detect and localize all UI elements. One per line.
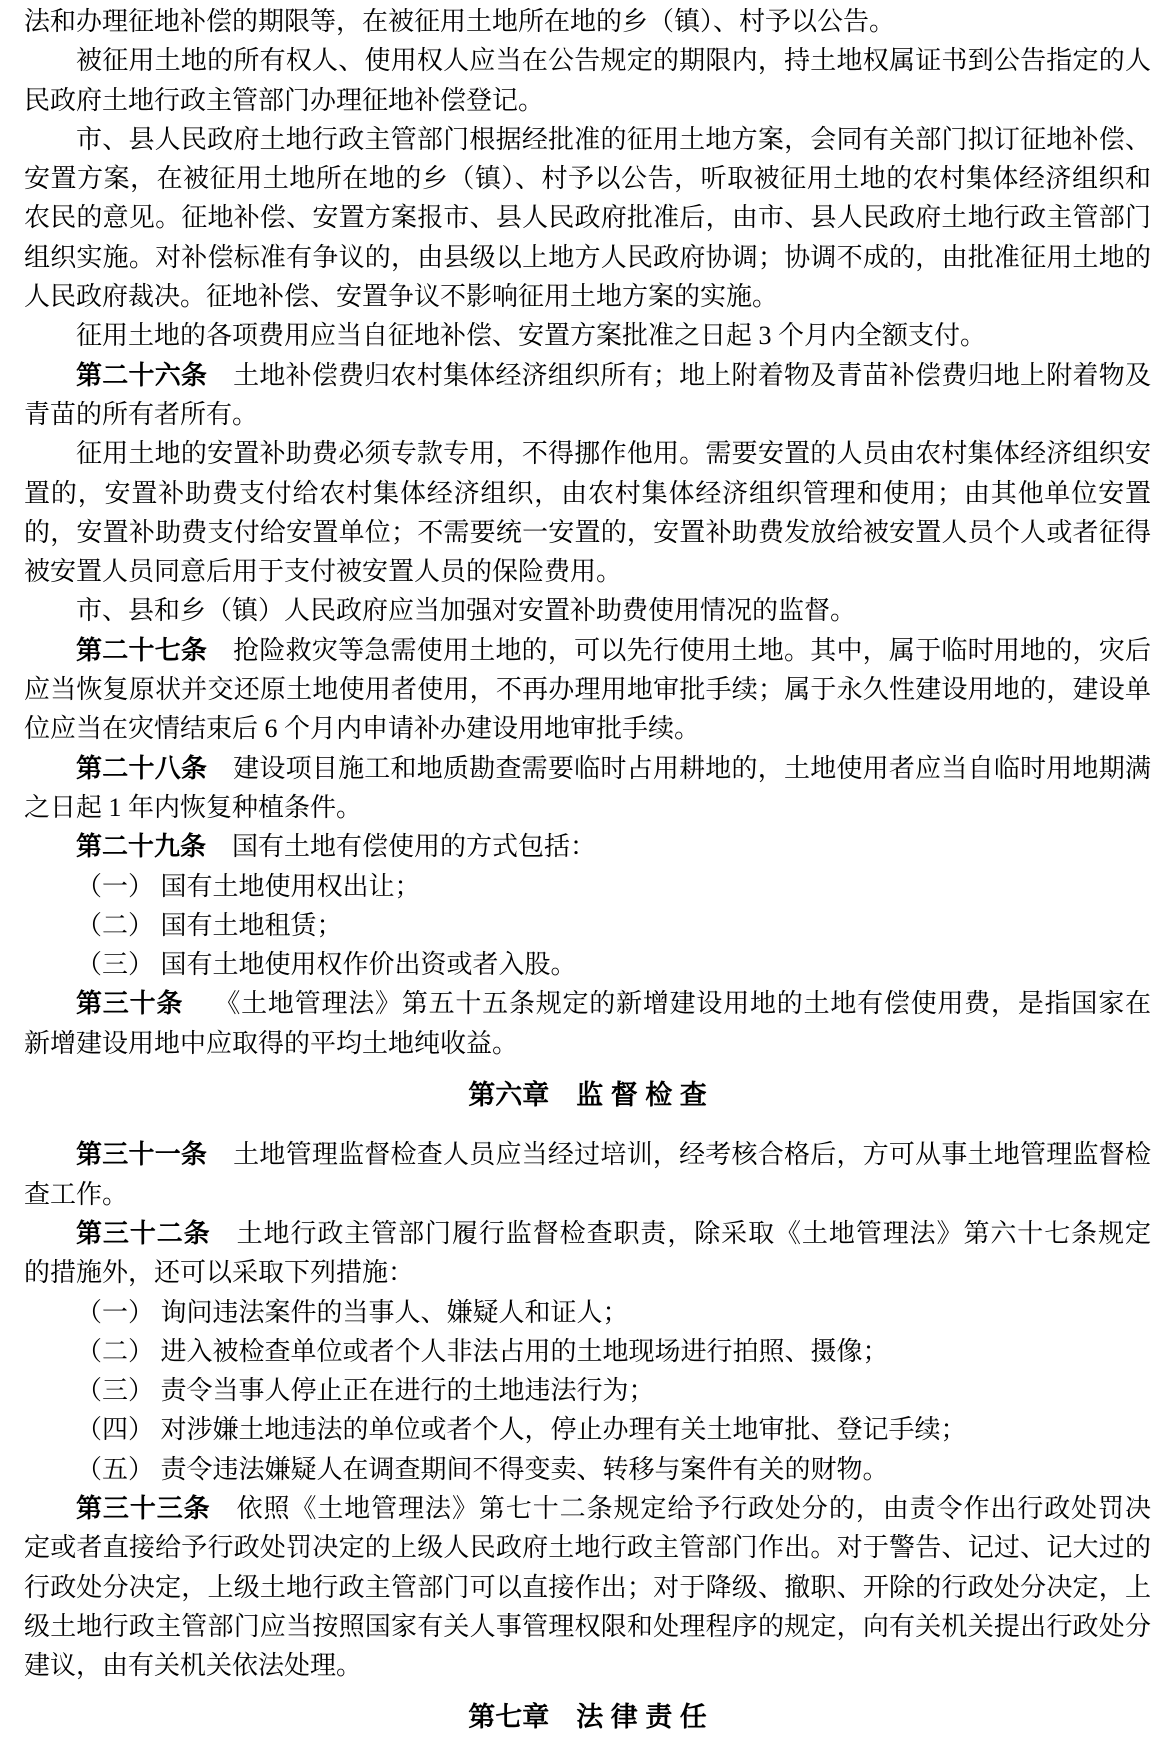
article-number: 第二十七条 [76, 635, 207, 665]
text-run: （一） [76, 872, 154, 901]
text-run: 土地行政主管部门履行监督检查职责，除采取《土地管理法》第六十七条规定 [237, 1219, 1151, 1248]
text-line: （二）进入被检查单位或者个人非法占用的土地现场进行拍照、摄像； [24, 1332, 1151, 1371]
text-line: 定或者直接给予行政处罚决定的上级人民政府土地行政主管部门作出。对于警告、记过、记… [24, 1528, 1151, 1567]
text-run: （三） [76, 1376, 154, 1405]
text-run: 责令当事人停止正在进行的土地违法行为； [161, 1376, 655, 1405]
text-line: 应当恢复原状并交还原土地使用者使用，不再办理用地审批手续；属于永久性建设用地的，… [24, 670, 1151, 709]
text-line: 安置方案，在被征用土地所在地的乡（镇）、村予以公告，听取被征用土地的农村集体经济… [24, 159, 1151, 198]
text-line: 第三十条《土地管理法》第五十五条规定的新增建设用地的土地有偿使用费，是指国家在 [24, 984, 1151, 1023]
text-run: 青苗的所有者所有。 [24, 400, 258, 429]
text-line: 被安置人员同意后用于支付被安置人员的保险费用。 [24, 552, 1151, 591]
text-line: 的措施外，还可以采取下列措施： [24, 1253, 1151, 1292]
text-run: 监 督 检 查 [576, 1080, 707, 1110]
article-number: 第三十二条 [76, 1218, 211, 1248]
text-run: 应当恢复原状并交还原土地使用者使用，不再办理用地审批手续；属于永久性建设用地的，… [24, 675, 1151, 704]
text-run: 的，安置补助费支付给安置单位；不需要统一安置的，安置补助费发放给被安置人员个人或… [24, 518, 1151, 547]
article-number: 第三十一条 [76, 1139, 207, 1169]
text-run: （二） [76, 911, 154, 940]
text-run: 进入被检查单位或者个人非法占用的土地现场进行拍照、摄像； [161, 1337, 889, 1366]
text-run: 询问违法案件的当事人、嫌疑人和证人； [161, 1298, 629, 1327]
text-run: 市、县和乡（镇）人民政府应当加强对安置补助费使用情况的监督。 [76, 596, 856, 625]
text-line: （二）国有土地租赁； [24, 906, 1151, 945]
text-run: 法和办理征地补偿的期限等，在被征用土地所在地的乡（镇）、村予以公告。 [24, 7, 895, 36]
text-run: 责令违法嫌疑人在调查期间不得变卖、转移与案件有关的财物。 [161, 1455, 889, 1484]
text-run: 被安置人员同意后用于支付被安置人员的保险费用。 [24, 557, 622, 586]
text-run: 国有土地租赁； [161, 911, 343, 940]
text-line: 人民政府裁决。征地补偿、安置争议不影响征用土地方案的实施。 [24, 277, 1151, 316]
page-body: 法和办理征地补偿的期限等，在被征用土地所在地的乡（镇）、村予以公告。被征用土地的… [24, 2, 1151, 1738]
text-run: 农民的意见。征地补偿、安置方案报市、县人民政府批准后，由市、县人民政府土地行政主… [24, 203, 1151, 232]
text-line: 第三十三条依照《土地管理法》第七十二条规定给予行政处分的，由责令作出行政处罚决 [24, 1489, 1151, 1528]
article-number: 第二十八条 [76, 753, 207, 783]
text-run: 国有土地有偿使用的方式包括： [232, 832, 596, 861]
text-line: 行政处分决定，上级土地行政主管部门可以直接作出；对于降级、撤职、开除的行政处分决… [24, 1568, 1151, 1607]
text-line: 市、县人民政府土地行政主管部门根据经批准的征用土地方案，会同有关部门拟订征地补偿… [24, 120, 1151, 159]
text-run: 民政府土地行政主管部门办理征地补偿登记。 [24, 86, 544, 115]
text-run: 征用土地的安置补助费必须专款专用，不得挪作他用。需要安置的人员由农村集体经济组织… [76, 439, 1151, 468]
text-run: 新增建设用地中应取得的平均土地纯收益。 [24, 1029, 518, 1058]
text-run: 组织实施。对补偿标准有争议的，由县级以上地方人民政府协调；协调不成的，由批准征用… [24, 243, 1151, 272]
text-run: 土地补偿费归农村集体经济组织所有；地上附着物及青苗补偿费归地上附着物及 [233, 361, 1151, 390]
text-run: 征用土地的各项费用应当自征地补偿、安置方案批准之日起 3 个月内全额支付。 [76, 321, 986, 350]
text-line: 民政府土地行政主管部门办理征地补偿登记。 [24, 81, 1151, 120]
text-line: 的，安置补助费支付给安置单位；不需要统一安置的，安置补助费发放给被安置人员个人或… [24, 513, 1151, 552]
text-line: 级土地行政主管部门应当按照国家有关人事管理权限和处理程序的规定，向有关机关提出行… [24, 1607, 1151, 1646]
text-run: 《土地管理法》第五十五条规定的新增建设用地的土地有偿使用费，是指国家在 [214, 989, 1151, 1018]
document-page: 法和办理征地补偿的期限等，在被征用土地所在地的乡（镇）、村予以公告。被征用土地的… [0, 0, 1176, 1761]
text-line: 第二十七条抢险救灾等急需使用土地的，可以先行使用土地。其中，属于临时用地的，灾后 [24, 631, 1151, 670]
text-line: （四）对涉嫌土地违法的单位或者个人，停止办理有关土地审批、登记手续； [24, 1410, 1151, 1449]
text-run: （五） [76, 1455, 154, 1484]
text-line: （一）国有土地使用权出让； [24, 867, 1151, 906]
chapter-heading: 第六章监 督 检 查 [24, 1076, 1151, 1115]
text-line: 第三十二条土地行政主管部门履行监督检查职责，除采取《土地管理法》第六十七条规定 [24, 1214, 1151, 1253]
text-line: 之日起 1 年内恢复种植条件。 [24, 788, 1151, 827]
text-line: 新增建设用地中应取得的平均土地纯收益。 [24, 1024, 1151, 1063]
text-line: （一）询问违法案件的当事人、嫌疑人和证人； [24, 1293, 1151, 1332]
text-run: 依照《土地管理法》第七十二条规定给予行政处分的，由责令作出行政处罚决 [237, 1494, 1151, 1523]
text-line: 青苗的所有者所有。 [24, 395, 1151, 434]
text-line: 第二十六条土地补偿费归农村集体经济组织所有；地上附着物及青苗补偿费归地上附着物及 [24, 356, 1151, 395]
text-line: 第二十九条国有土地有偿使用的方式包括： [24, 827, 1151, 866]
text-run: 市、县人民政府土地行政主管部门根据经批准的征用土地方案，会同有关部门拟订征地补偿… [76, 125, 1151, 154]
text-run: 法 律 责 任 [576, 1702, 707, 1732]
text-line: （三）国有土地使用权作价出资或者入股。 [24, 945, 1151, 984]
text-run: 的措施外，还可以采取下列措施： [24, 1258, 414, 1287]
text-line: （三）责令当事人停止正在进行的土地违法行为； [24, 1371, 1151, 1410]
text-line: 建议，由有关机关依法处理。 [24, 1646, 1151, 1685]
text-run: 级土地行政主管部门应当按照国家有关人事管理权限和处理程序的规定，向有关机关提出行… [24, 1612, 1151, 1641]
article-number: 第二十九条 [76, 831, 206, 861]
article-number: 第三十条 [76, 988, 183, 1018]
text-run: 第七章 [468, 1702, 549, 1732]
text-run: （四） [76, 1415, 154, 1444]
article-number: 第二十六条 [76, 360, 207, 390]
text-run: 置的，安置补助费支付给农村集体经济组织，由农村集体经济组织管理和使用；由其他单位… [24, 479, 1151, 508]
text-line: 查工作。 [24, 1175, 1151, 1214]
text-line: 位应当在灾情结束后 6 个月内申请补办建设用地审批手续。 [24, 709, 1151, 748]
text-run: 位应当在灾情结束后 6 个月内申请补办建设用地审批手续。 [24, 714, 700, 743]
text-line: 第二十八条建设项目施工和地质勘查需要临时占用耕地的，土地使用者应当自临时用地期满 [24, 749, 1151, 788]
text-run: 国有土地使用权作价出资或者入股。 [161, 950, 577, 979]
text-run: 安置方案，在被征用土地所在地的乡（镇）、村予以公告，听取被征用土地的农村集体经济… [24, 164, 1151, 193]
text-run: （二） [76, 1337, 154, 1366]
text-run: 建议，由有关机关依法处理。 [24, 1651, 362, 1680]
text-line: 农民的意见。征地补偿、安置方案报市、县人民政府批准后，由市、县人民政府土地行政主… [24, 198, 1151, 237]
text-run: （三） [76, 950, 154, 979]
text-run: 国有土地使用权出让； [161, 872, 421, 901]
text-run: 人民政府裁决。征地补偿、安置争议不影响征用土地方案的实施。 [24, 282, 778, 311]
text-line: 置的，安置补助费支付给农村集体经济组织，由农村集体经济组织管理和使用；由其他单位… [24, 474, 1151, 513]
text-run: 土地管理监督检查人员应当经过培训，经考核合格后，方可从事土地管理监督检 [233, 1140, 1151, 1169]
text-line: 市、县和乡（镇）人民政府应当加强对安置补助费使用情况的监督。 [24, 591, 1151, 630]
text-run: 行政处分决定，上级土地行政主管部门可以直接作出；对于降级、撤职、开除的行政处分决… [24, 1573, 1151, 1602]
text-line: （五）责令违法嫌疑人在调查期间不得变卖、转移与案件有关的财物。 [24, 1450, 1151, 1489]
text-run: （一） [76, 1298, 154, 1327]
text-run: 第六章 [468, 1080, 549, 1110]
text-run: 查工作。 [24, 1180, 128, 1209]
text-line: 被征用土地的所有权人、使用权人应当在公告规定的期限内，持土地权属证书到公告指定的… [24, 41, 1151, 80]
text-line: 组织实施。对补偿标准有争议的，由县级以上地方人民政府协调；协调不成的，由批准征用… [24, 238, 1151, 277]
text-run: 建设项目施工和地质勘查需要临时占用耕地的，土地使用者应当自临时用地期满 [233, 754, 1151, 783]
text-run: 被征用土地的所有权人、使用权人应当在公告规定的期限内，持土地权属证书到公告指定的… [76, 46, 1151, 75]
article-number: 第三十三条 [76, 1493, 211, 1523]
chapter-heading: 第七章法 律 责 任 [24, 1698, 1151, 1737]
text-run: 之日起 1 年内恢复种植条件。 [24, 793, 362, 822]
text-run: 对涉嫌土地违法的单位或者个人，停止办理有关土地审批、登记手续； [161, 1415, 967, 1444]
text-line: 征用土地的各项费用应当自征地补偿、安置方案批准之日起 3 个月内全额支付。 [24, 316, 1151, 355]
text-line: 法和办理征地补偿的期限等，在被征用土地所在地的乡（镇）、村予以公告。 [24, 2, 1151, 41]
text-line: 征用土地的安置补助费必须专款专用，不得挪作他用。需要安置的人员由农村集体经济组织… [24, 434, 1151, 473]
text-line: 第三十一条土地管理监督检查人员应当经过培训，经考核合格后，方可从事土地管理监督检 [24, 1135, 1151, 1174]
text-run: 定或者直接给予行政处罚决定的上级人民政府土地行政主管部门作出。对于警告、记过、记… [24, 1533, 1151, 1562]
text-run: 抢险救灾等急需使用土地的，可以先行使用土地。其中，属于临时用地的，灾后 [233, 636, 1151, 665]
